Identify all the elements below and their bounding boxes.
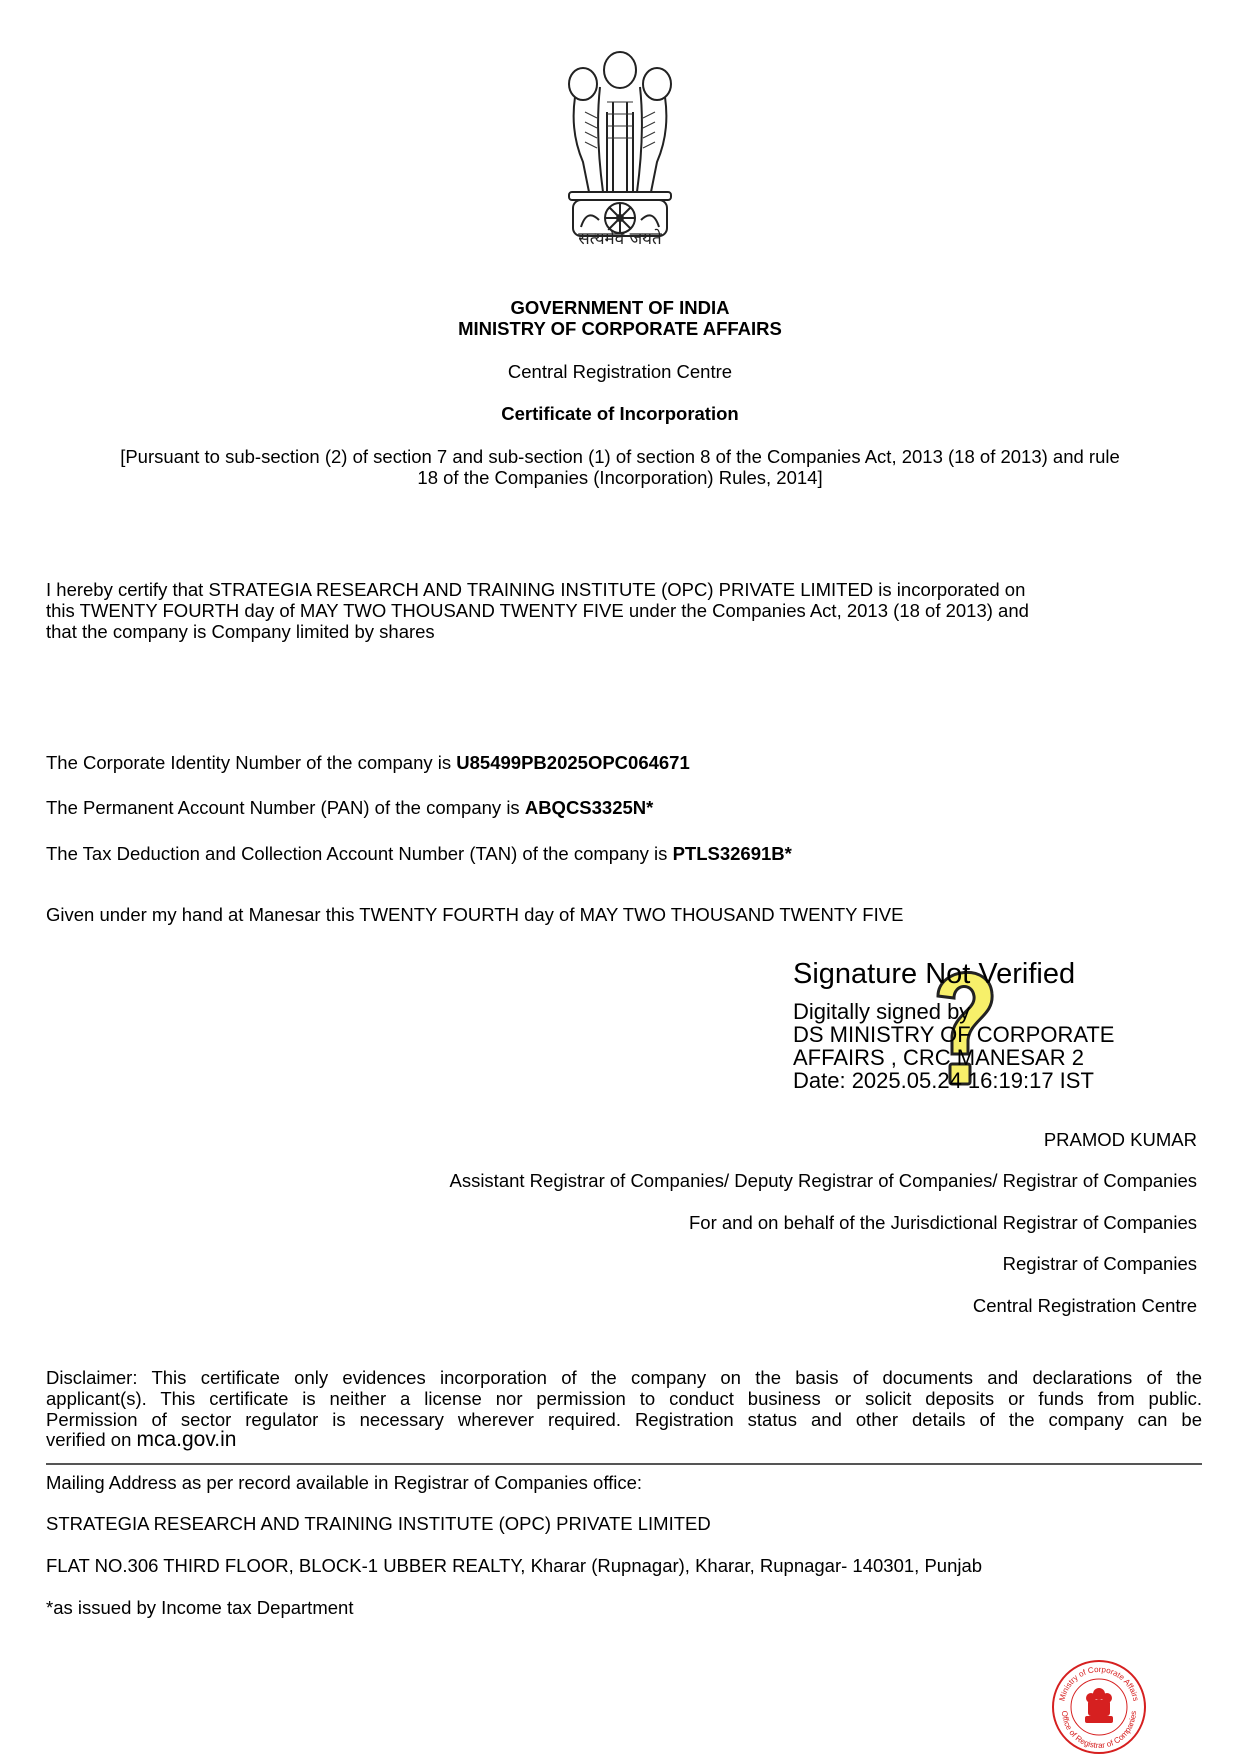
registrar-seal-icon: Ministry of Corporate Affairs Office of …	[1048, 1656, 1150, 1755]
disclaimer-line-2: applicant(s). This certificate is neithe…	[46, 1388, 1202, 1409]
registrar-designation: Assistant Registrar of Companies/ Deputy…	[449, 1170, 1197, 1191]
signature-status: Signature Not Verified	[793, 958, 1075, 990]
cin-value: U85499PB2025OPC064671	[456, 752, 689, 773]
registrar-centre: Central Registration Centre	[973, 1295, 1197, 1316]
registrar-office: Registrar of Companies	[1003, 1253, 1197, 1274]
pursuant-line-2: 18 of the Companies (Incorporation) Rule…	[0, 467, 1240, 488]
signature-date: Date: 2025.05.24 16:19:17 IST	[793, 1069, 1094, 1092]
certify-line-2: this TWENTY FOURTH day of MAY TWO THOUSA…	[46, 600, 1029, 621]
mailing-company: STRATEGIA RESEARCH AND TRAINING INSTITUT…	[46, 1513, 711, 1534]
disclaimer-line-4: verified on mca.gov.in	[46, 1429, 237, 1450]
given-under-hand: Given under my hand at Manesar this TWEN…	[46, 904, 903, 925]
mailing-label: Mailing Address as per record available …	[46, 1472, 642, 1493]
signature-line-3: AFFAIRS , CRC MANESAR 2	[793, 1046, 1084, 1069]
disclaimer-line-1: Disclaimer: This certificate only eviden…	[46, 1367, 1202, 1388]
mca-link[interactable]: mca.gov.in	[137, 1428, 237, 1451]
certify-line-3: that the company is Company limited by s…	[46, 621, 435, 642]
cin-label: The Corporate Identity Number of the com…	[46, 752, 456, 773]
disclaimer-verified-text: verified on	[46, 1429, 137, 1450]
divider	[46, 1463, 1202, 1465]
cin-row: The Corporate Identity Number of the com…	[46, 752, 690, 773]
header-government: GOVERNMENT OF INDIA	[0, 297, 1240, 318]
tan-value: PTLS32691B*	[673, 843, 792, 864]
pan-row: The Permanent Account Number (PAN) of th…	[46, 797, 653, 818]
emblem-motto: सत्यमेव जयते	[0, 226, 1240, 249]
header-office: Central Registration Centre	[0, 361, 1240, 382]
mailing-address: FLAT NO.306 THIRD FLOOR, BLOCK-1 UBBER R…	[46, 1555, 982, 1576]
certificate-title: Certificate of Incorporation	[0, 403, 1240, 424]
header-ministry: MINISTRY OF CORPORATE AFFAIRS	[0, 318, 1240, 339]
registrar-behalf: For and on behalf of the Jurisdictional …	[689, 1212, 1197, 1233]
pan-label: The Permanent Account Number (PAN) of th…	[46, 797, 525, 818]
disclaimer-line-3: Permission of sector regulator is necess…	[46, 1409, 1202, 1430]
tan-label: The Tax Deduction and Collection Account…	[46, 843, 673, 864]
pan-value: ABQCS3325N*	[525, 797, 654, 818]
signature-line-1: Digitally signed by	[793, 1000, 970, 1023]
signature-line-2: DS MINISTRY OF CORPORATE	[793, 1023, 1114, 1046]
tax-footnote: *as issued by Income tax Department	[46, 1597, 353, 1618]
registrar-name: PRAMOD KUMAR	[1044, 1129, 1197, 1150]
national-emblem-icon	[555, 42, 685, 242]
certify-line-1: I hereby certify that STRATEGIA RESEARCH…	[46, 579, 1025, 600]
tan-row: The Tax Deduction and Collection Account…	[46, 843, 792, 864]
pursuant-line-1: [Pursuant to sub-section (2) of section …	[0, 446, 1240, 467]
